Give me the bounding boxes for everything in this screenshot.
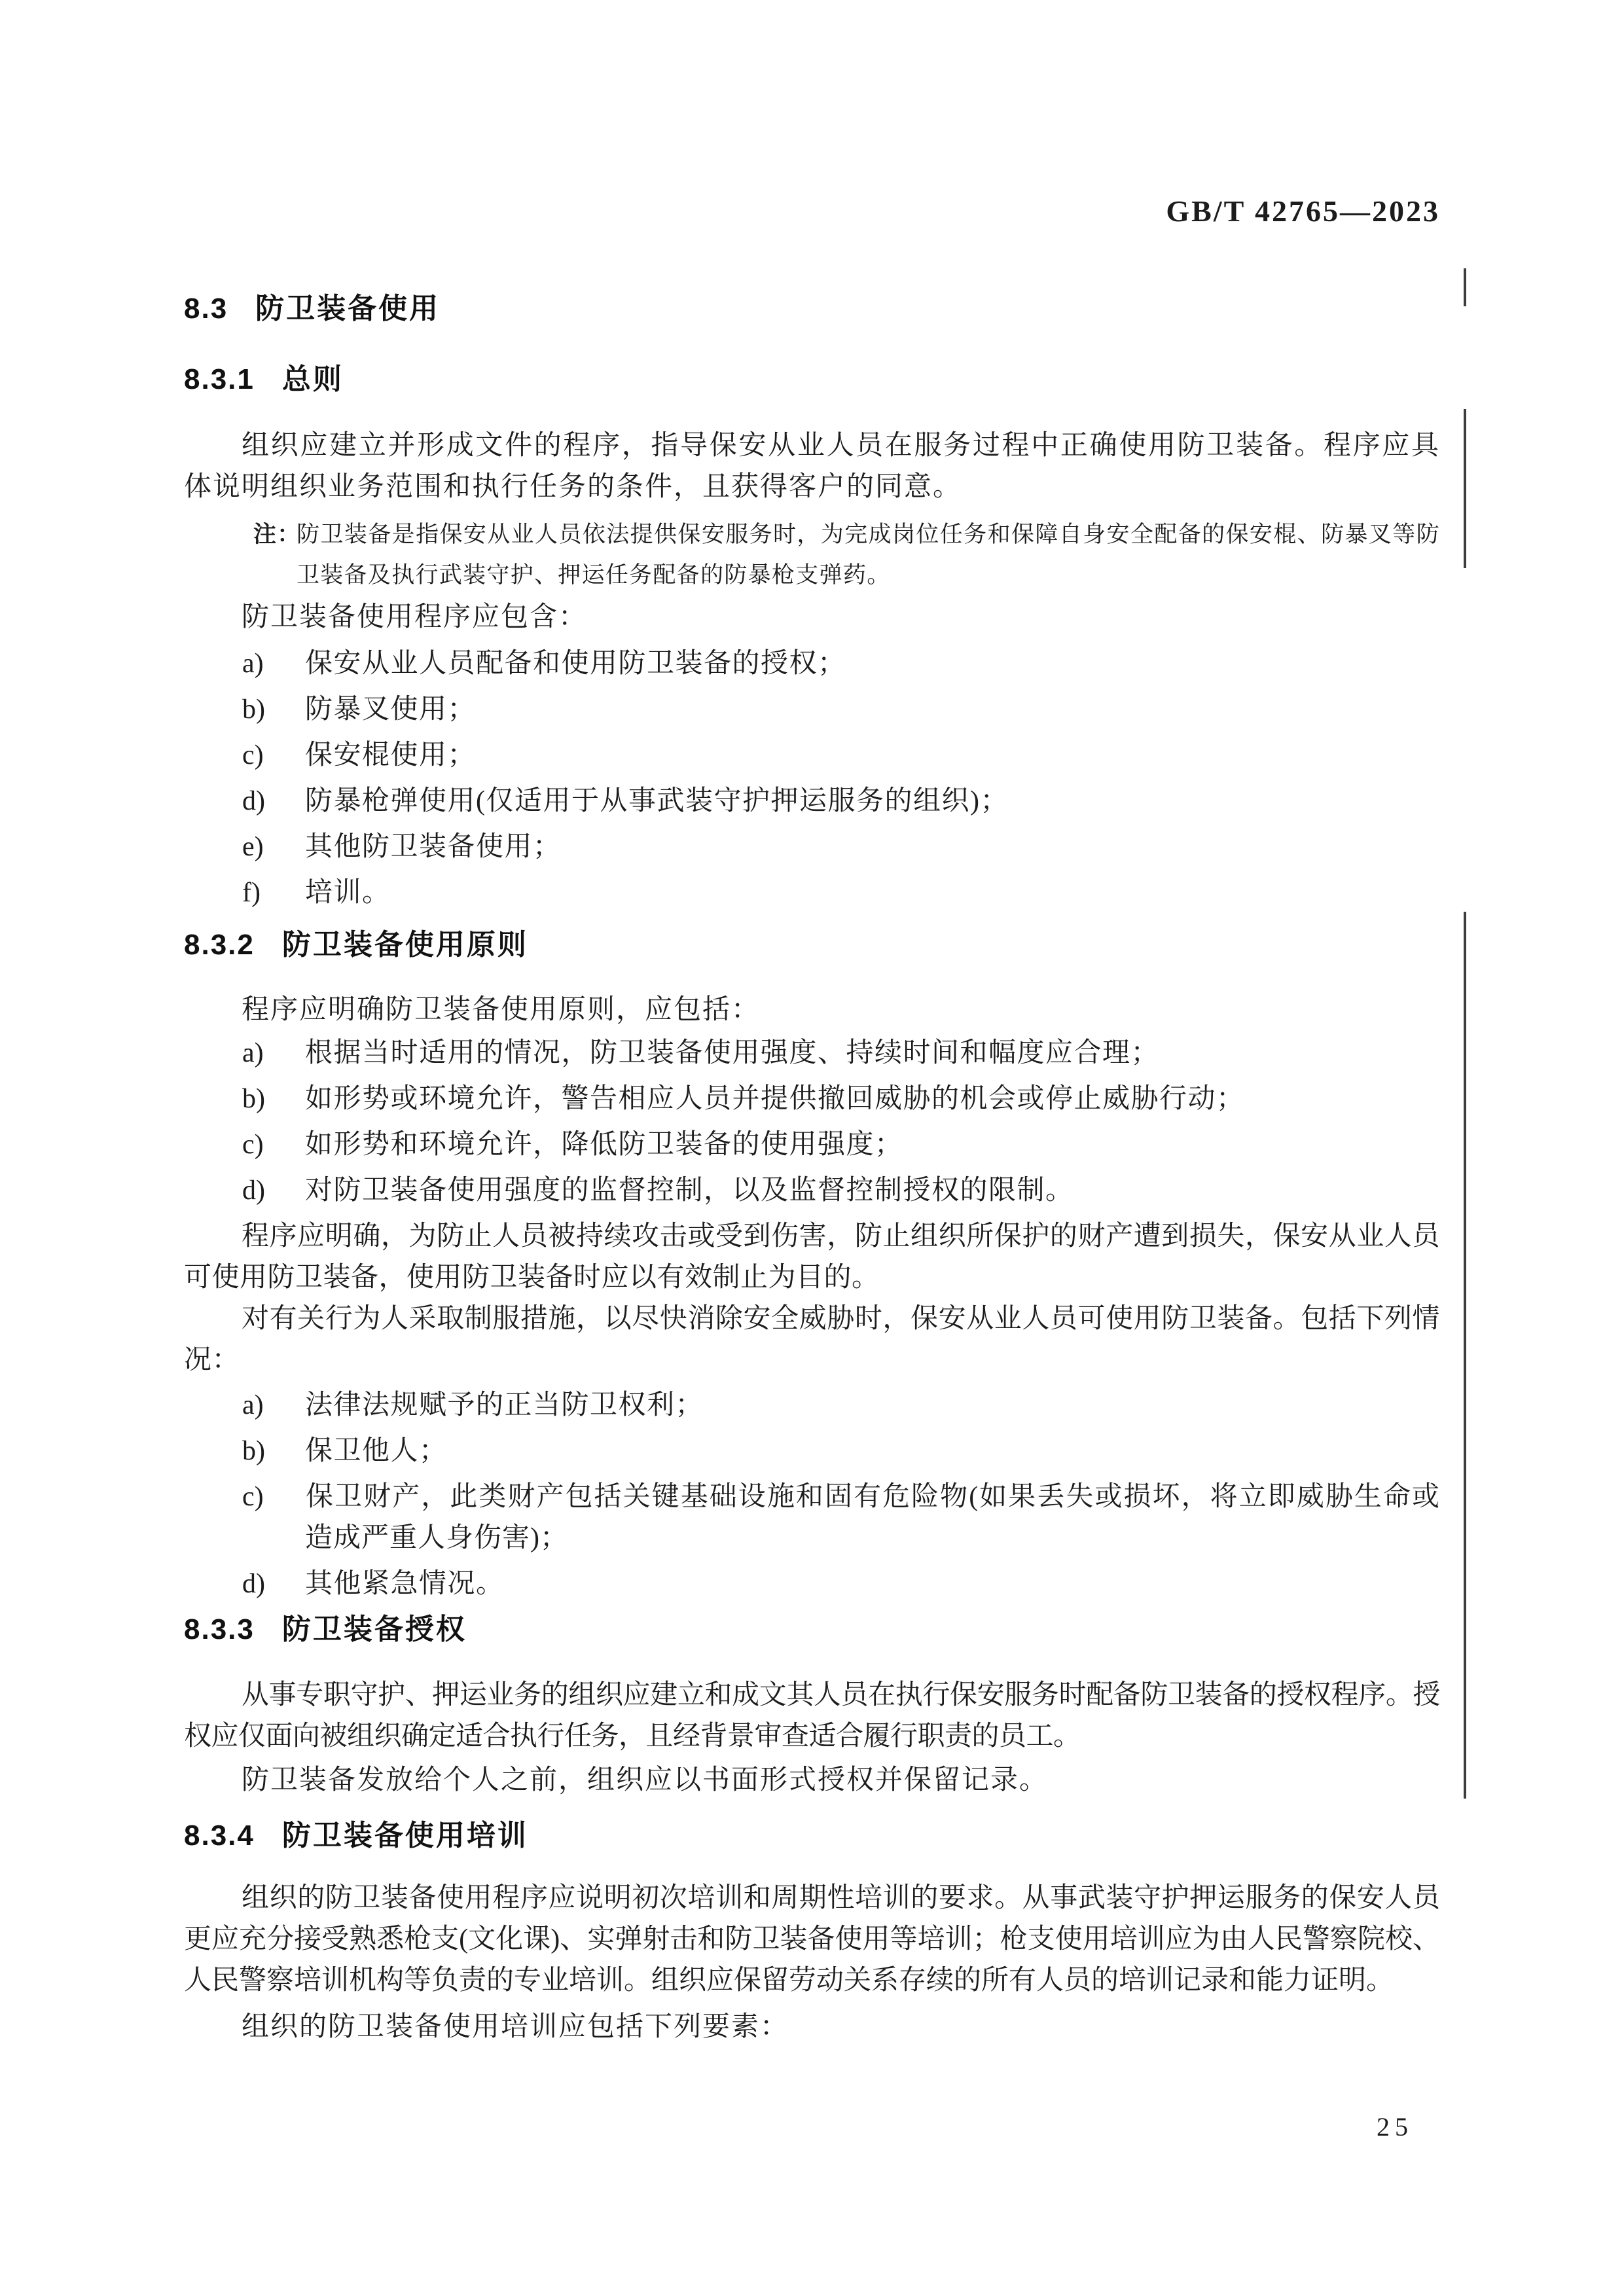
section-title: 总则 <box>282 363 344 395</box>
list-item-marker: d) <box>242 1170 305 1211</box>
note-block: 注：防卫装备是指保安从业人员依法提供保安服务时，为完成岗位任务和保障自身安全配备… <box>253 514 1440 596</box>
lettered-list: a)根据当时适用的情况，防卫装备使用强度、持续时间和幅度应合理； b)如形势或环… <box>184 1033 1440 1211</box>
list-item: a)根据当时适用的情况，防卫装备使用强度、持续时间和幅度应合理； <box>242 1033 1440 1074</box>
list-item: d)防暴枪弹使用(仅适用于从事武装守护押运服务的组织)； <box>242 781 1440 822</box>
list-item: b)保卫他人； <box>242 1431 1440 1472</box>
list-item-marker: b) <box>242 1079 305 1120</box>
page-content: 8.3防卫装备使用 8.3.1总则 组织应建立并形成文件的程序，指导保安从业人员… <box>184 0 1440 2048</box>
paragraph: 组织的防卫装备使用程序应说明初次培训和周期性培训的要求。从事武装守护押运服务的保… <box>184 1878 1440 2001</box>
list-item-text: 防暴叉使用； <box>305 694 476 725</box>
list-item-marker: d) <box>242 1564 305 1605</box>
section-number: 8.3.3 <box>184 1613 255 1645</box>
paragraph: 组织应建立并形成文件的程序，指导保安从业人员在服务过程中正确使用防卫装备。程序应… <box>184 425 1440 508</box>
section-heading-8-3-3: 8.3.3防卫装备授权 <box>184 1613 1440 1647</box>
lettered-list: a)法律法规赋予的正当防卫权利； b)保卫他人； c)保卫财产，此类财产包括关键… <box>184 1385 1440 1605</box>
list-item-text: 保卫财产，此类财产包括关键基础设施和固有危险物(如果丢失或损坏，将立即威胁生命或… <box>305 1482 1440 1553</box>
note-text: 防卫装备是指保安从业人员依法提供保安服务时，为完成岗位任务和保障自身安全配备的保… <box>297 522 1440 588</box>
paragraph: 对有关行为人采取制服措施，以尽快消除安全威胁时，保安从业人员可使用防卫装备。包括… <box>184 1299 1440 1381</box>
section-number: 8.3.1 <box>184 363 255 395</box>
list-item: e)其他防卫装备使用； <box>242 827 1440 868</box>
list-item-text: 防暴枪弹使用(仅适用于从事武装守护押运服务的组织)； <box>305 786 1009 816</box>
list-item-text: 培训。 <box>305 878 391 908</box>
list-item-marker: b) <box>242 1431 305 1472</box>
section-title: 防卫装备使用 <box>255 293 440 325</box>
list-item-text: 如形势或环境允许，警告相应人员并提供撤回威胁的机会或停止威胁行动； <box>305 1084 1245 1114</box>
section-number: 8.3.2 <box>184 929 255 961</box>
list-item: c)如形势和环境允许，降低防卫装备的使用强度； <box>242 1124 1440 1166</box>
section-title: 防卫装备使用培训 <box>282 1820 528 1852</box>
list-item: d)其他紧急情况。 <box>242 1564 1440 1605</box>
lettered-list: a)保安从业人员配备和使用防卫装备的授权； b)防暴叉使用； c)保安棍使用； … <box>184 643 1440 914</box>
list-item-marker: b) <box>242 689 305 730</box>
list-item-marker: c) <box>242 1124 305 1166</box>
list-item-text: 保安从业人员配备和使用防卫装备的授权； <box>305 649 846 679</box>
list-item: f)培训。 <box>242 872 1440 914</box>
list-item-text: 保卫他人； <box>305 1436 448 1466</box>
list-item-text: 法律法规赋予的正当防卫权利； <box>305 1390 704 1420</box>
revision-change-bar-2 <box>1464 409 1466 568</box>
list-item-marker: c) <box>242 735 305 776</box>
list-item-marker: d) <box>242 781 305 822</box>
section-heading-8-3-1: 8.3.1总则 <box>184 363 1440 397</box>
list-item: c)保安棍使用； <box>242 735 1440 776</box>
document-page: GB/T 42765—2023 8.3防卫装备使用 8.3.1总则 组织应建立并… <box>0 0 1624 2296</box>
list-item-marker: a) <box>242 643 305 685</box>
list-item-text: 根据当时适用的情况，防卫装备使用强度、持续时间和幅度应合理； <box>305 1038 1159 1068</box>
section-title: 防卫装备授权 <box>282 1613 467 1645</box>
page-number: 25 <box>1377 2111 1413 2142</box>
list-item: a)保安从业人员配备和使用防卫装备的授权； <box>242 643 1440 685</box>
paragraph: 组织的防卫装备使用培训应包括下列要素： <box>184 2007 1440 2048</box>
list-item-text: 其他防卫装备使用； <box>305 832 562 862</box>
list-item: b)如形势或环境允许，警告相应人员并提供撤回威胁的机会或停止威胁行动； <box>242 1079 1440 1120</box>
list-item-text: 保安棍使用； <box>305 740 476 770</box>
list-item-marker: a) <box>242 1033 305 1074</box>
revision-change-bar-1 <box>1464 268 1466 306</box>
list-item-marker: a) <box>242 1385 305 1426</box>
list-item: d)对防卫装备使用强度的监督控制，以及监督控制授权的限制。 <box>242 1170 1440 1211</box>
list-item-marker: e) <box>242 827 305 868</box>
note-label: 注： <box>253 514 297 555</box>
revision-change-bar-3 <box>1464 912 1466 1799</box>
section-heading-8-3: 8.3防卫装备使用 <box>184 292 1440 326</box>
list-item-marker: c) <box>242 1477 305 1518</box>
list-item: b)防暴叉使用； <box>242 689 1440 730</box>
list-item-text: 对防卫装备使用强度的监督控制，以及监督控制授权的限制。 <box>305 1175 1074 1206</box>
list-item-marker: f) <box>242 872 305 914</box>
paragraph: 程序应明确，为防止人员被持续攻击或受到伤害，防止组织所保护的财产遭到损失，保安从… <box>184 1216 1440 1299</box>
paragraph: 从事专职守护、押运业务的组织应建立和成文其人员在执行保安服务时配备防卫装备的授权… <box>184 1675 1440 1757</box>
list-item: c)保卫财产，此类财产包括关键基础设施和固有危险物(如果丢失或损坏，将立即威胁生… <box>242 1477 1440 1559</box>
list-lead-paragraph: 防卫装备使用程序应包含： <box>184 597 1440 638</box>
section-heading-8-3-2: 8.3.2防卫装备使用原则 <box>184 928 1440 962</box>
list-lead-paragraph: 程序应明确防卫装备使用原则，应包括： <box>184 990 1440 1031</box>
list-item-text: 如形势和环境允许，降低防卫装备的使用强度； <box>305 1130 903 1160</box>
section-heading-8-3-4: 8.3.4防卫装备使用培训 <box>184 1819 1440 1853</box>
list-item: a)法律法规赋予的正当防卫权利； <box>242 1385 1440 1426</box>
section-number: 8.3.4 <box>184 1820 255 1852</box>
section-title: 防卫装备使用原则 <box>282 929 528 961</box>
paragraph: 防卫装备发放给个人之前，组织应以书面形式授权并保留记录。 <box>184 1760 1440 1801</box>
section-number: 8.3 <box>184 293 228 325</box>
list-item-text: 其他紧急情况。 <box>305 1569 505 1599</box>
